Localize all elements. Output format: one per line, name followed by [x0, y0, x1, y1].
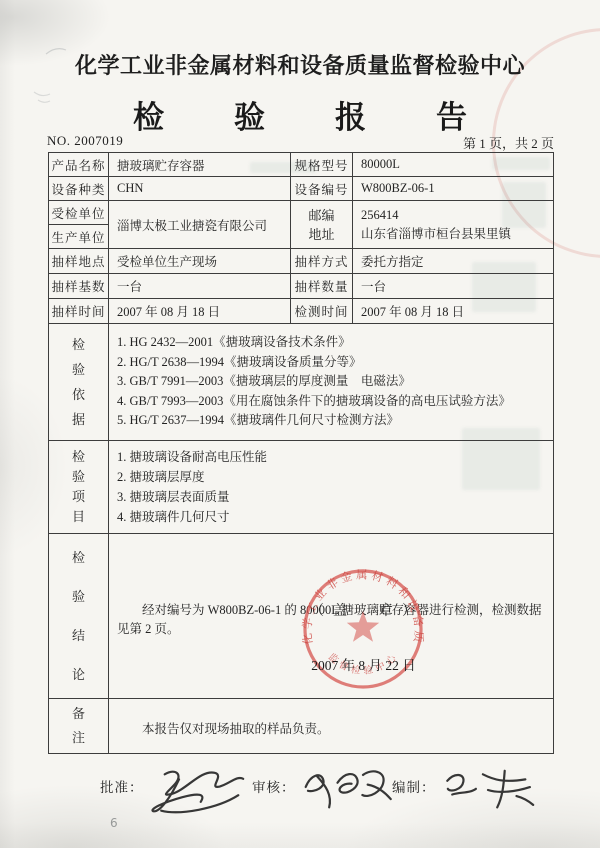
project-item: 4. 搪玻璃件几何尺寸 — [117, 507, 543, 527]
conclusion-cell: 经对编号为 W800BZ-06-1 的 80000L 搪玻璃贮存容器进行检测，检… — [109, 534, 554, 699]
field-value-sample-time: 2007 年 08 月 18 日 — [109, 299, 291, 324]
field-value-sample-qty: 一台 — [353, 274, 554, 299]
approve-group: 批准： — [100, 762, 251, 822]
field-label-sample-qty: 抽样数量 — [291, 274, 353, 299]
prepare-label: 编制： — [392, 762, 436, 796]
review-label: 审核： — [252, 762, 296, 796]
conclusion-label-text: 检验结论 — [71, 538, 86, 694]
field-label-sample-base: 抽样基数 — [49, 274, 109, 299]
field-value-model: 80000L — [353, 153, 554, 177]
field-value-company: 淄博太极工业搪瓷有限公司 — [109, 201, 291, 249]
field-label-postal: 邮编地址 — [291, 201, 353, 249]
field-label-producer-unit: 生产单位 — [49, 225, 109, 249]
report-number: NO. 2007019 — [47, 133, 123, 149]
table-row: 抽样地点 受检单位生产现场 抽样方式 委托方指定 — [49, 249, 554, 274]
official-seal: 化学工业非金属材料和设备质量 监督检验中心 — [297, 564, 429, 696]
section-label-remark: 备注 — [49, 699, 109, 754]
basis-list: 1. HG 2432—2001《搪玻璃设备技术条件》 2. HG/T 2638—… — [109, 324, 554, 441]
field-label-serial: 设备编号 — [291, 177, 353, 201]
field-label-product: 产品名称 — [49, 153, 109, 177]
field-label-inspected-unit: 受检单位 — [49, 201, 109, 225]
basis-item: 1. HG 2432—2001《搪玻璃设备技术条件》 — [117, 333, 543, 353]
table-row-projects: 检验项目 1. 搪玻璃设备耐高电压性能 2. 搪玻璃层厚度 3. 搪玻璃层表面质… — [49, 441, 554, 534]
basis-item: 3. GB/T 7991—2003《搪玻璃层的厚度测量 电磁法》 — [117, 372, 543, 392]
table-row-conclusion: 检验结论 经对编号为 W800BZ-06-1 的 80000L 搪玻璃贮存容器进… — [49, 534, 554, 699]
field-value-product: 搪玻璃贮存容器 — [109, 153, 291, 177]
table-row: 抽样基数 一台 抽样数量 一台 — [49, 274, 554, 299]
project-item: 2. 搪玻璃层厚度 — [117, 467, 543, 487]
basis-item: 5. HG/T 2637—1994《搪玻璃件几何尺寸检测方法》 — [117, 411, 543, 431]
basis-item: 2. HG/T 2638—1994《搪玻璃设备质量分等》 — [117, 353, 543, 373]
field-value-type: CHN — [109, 177, 291, 201]
postal-code: 256414 — [361, 206, 553, 225]
field-value-sample-method: 委托方指定 — [353, 249, 554, 274]
remark-cell: 本报告仅对现场抽取的样品负责。 — [109, 699, 554, 754]
section-label-basis: 检验依据 — [49, 324, 109, 441]
remark-text: 本报告仅对现场抽取的样品负责。 — [117, 720, 553, 738]
field-label-sample-place: 抽样地点 — [49, 249, 109, 274]
field-value-postal: 256414 山东省淄博市桓台县果里镇 — [353, 201, 554, 249]
field-value-serial: W800BZ-06-1 — [353, 177, 554, 201]
report-table: 产品名称 搪玻璃贮存容器 规格型号 80000L 设备种类 CHN 设备编号 W… — [48, 152, 554, 754]
section-label-conclusion: 检验结论 — [49, 534, 109, 699]
approve-signature — [144, 758, 253, 825]
field-label-sample-time: 抽样时间 — [49, 299, 109, 324]
review-signature — [296, 759, 400, 822]
table-row: 设备种类 CHN 设备编号 W800BZ-06-1 — [49, 177, 554, 201]
projects-list: 1. 搪玻璃设备耐高电压性能 2. 搪玻璃层厚度 3. 搪玻璃层表面质量 4. … — [109, 441, 554, 534]
field-label-type: 设备种类 — [49, 177, 109, 201]
report-title: 检验报告 — [133, 92, 537, 137]
field-label-test-time: 检测时间 — [291, 299, 353, 324]
field-label-model: 规格型号 — [291, 153, 353, 177]
page-info: 第 1 页，共 2 页 — [463, 133, 554, 152]
basis-item: 4. GB/T 7993—2003《用在腐蚀条件下的搪玻璃设备的高电压试验方法》 — [117, 392, 543, 412]
conclusion-date: 2007 年 8 月 22 日 — [281, 654, 446, 674]
approve-label: 批准： — [100, 762, 144, 796]
project-item: 3. 搪玻璃层表面质量 — [117, 487, 543, 507]
project-item: 1. 搪玻璃设备耐高电压性能 — [117, 447, 543, 467]
review-group: 审核： — [252, 762, 398, 818]
postal-label-text: 邮编地址 — [307, 206, 337, 244]
table-row: 受检单位 淄博太极工业搪瓷有限公司 邮编地址 256414 山东省淄博市桓台县果… — [49, 201, 554, 225]
table-row-basis: 检验依据 1. HG 2432—2001《搪玻璃设备技术条件》 2. HG/T … — [49, 324, 554, 441]
projects-label-text: 检验项目 — [71, 447, 86, 527]
postal-address: 山东省淄博市桓台县果里镇 — [361, 225, 553, 244]
field-value-sample-place: 受检单位生产现场 — [109, 249, 291, 274]
seal-note: （盖 章） — [297, 600, 429, 620]
scanned-report-page: 6 化学工业非金属材料和设备质量监督检验中心 检验报告 NO. 2007019 … — [0, 0, 600, 848]
section-label-projects: 检验项目 — [49, 441, 109, 534]
remark-label-text: 备注 — [71, 702, 86, 750]
field-value-test-time: 2007 年 08 月 18 日 — [353, 299, 554, 324]
table-row: 抽样时间 2007 年 08 月 18 日 检测时间 2007 年 08 月 1… — [49, 299, 554, 324]
table-row: 产品名称 搪玻璃贮存容器 规格型号 80000L — [49, 153, 554, 177]
signature-row: 批准： 审核： 编制： — [0, 762, 600, 832]
basis-label-text: 检验依据 — [71, 332, 86, 432]
prepare-group: 编制： — [392, 762, 538, 818]
table-row-remark: 备注 本报告仅对现场抽取的样品负责。 — [49, 699, 554, 754]
field-label-sample-method: 抽样方式 — [291, 249, 353, 274]
field-value-sample-base: 一台 — [109, 274, 291, 299]
prepare-signature — [436, 759, 540, 822]
org-title: 化学工业非金属材料和设备质量监督检验中心 — [0, 49, 600, 80]
report-title-wrap: 检验报告 — [0, 92, 600, 137]
